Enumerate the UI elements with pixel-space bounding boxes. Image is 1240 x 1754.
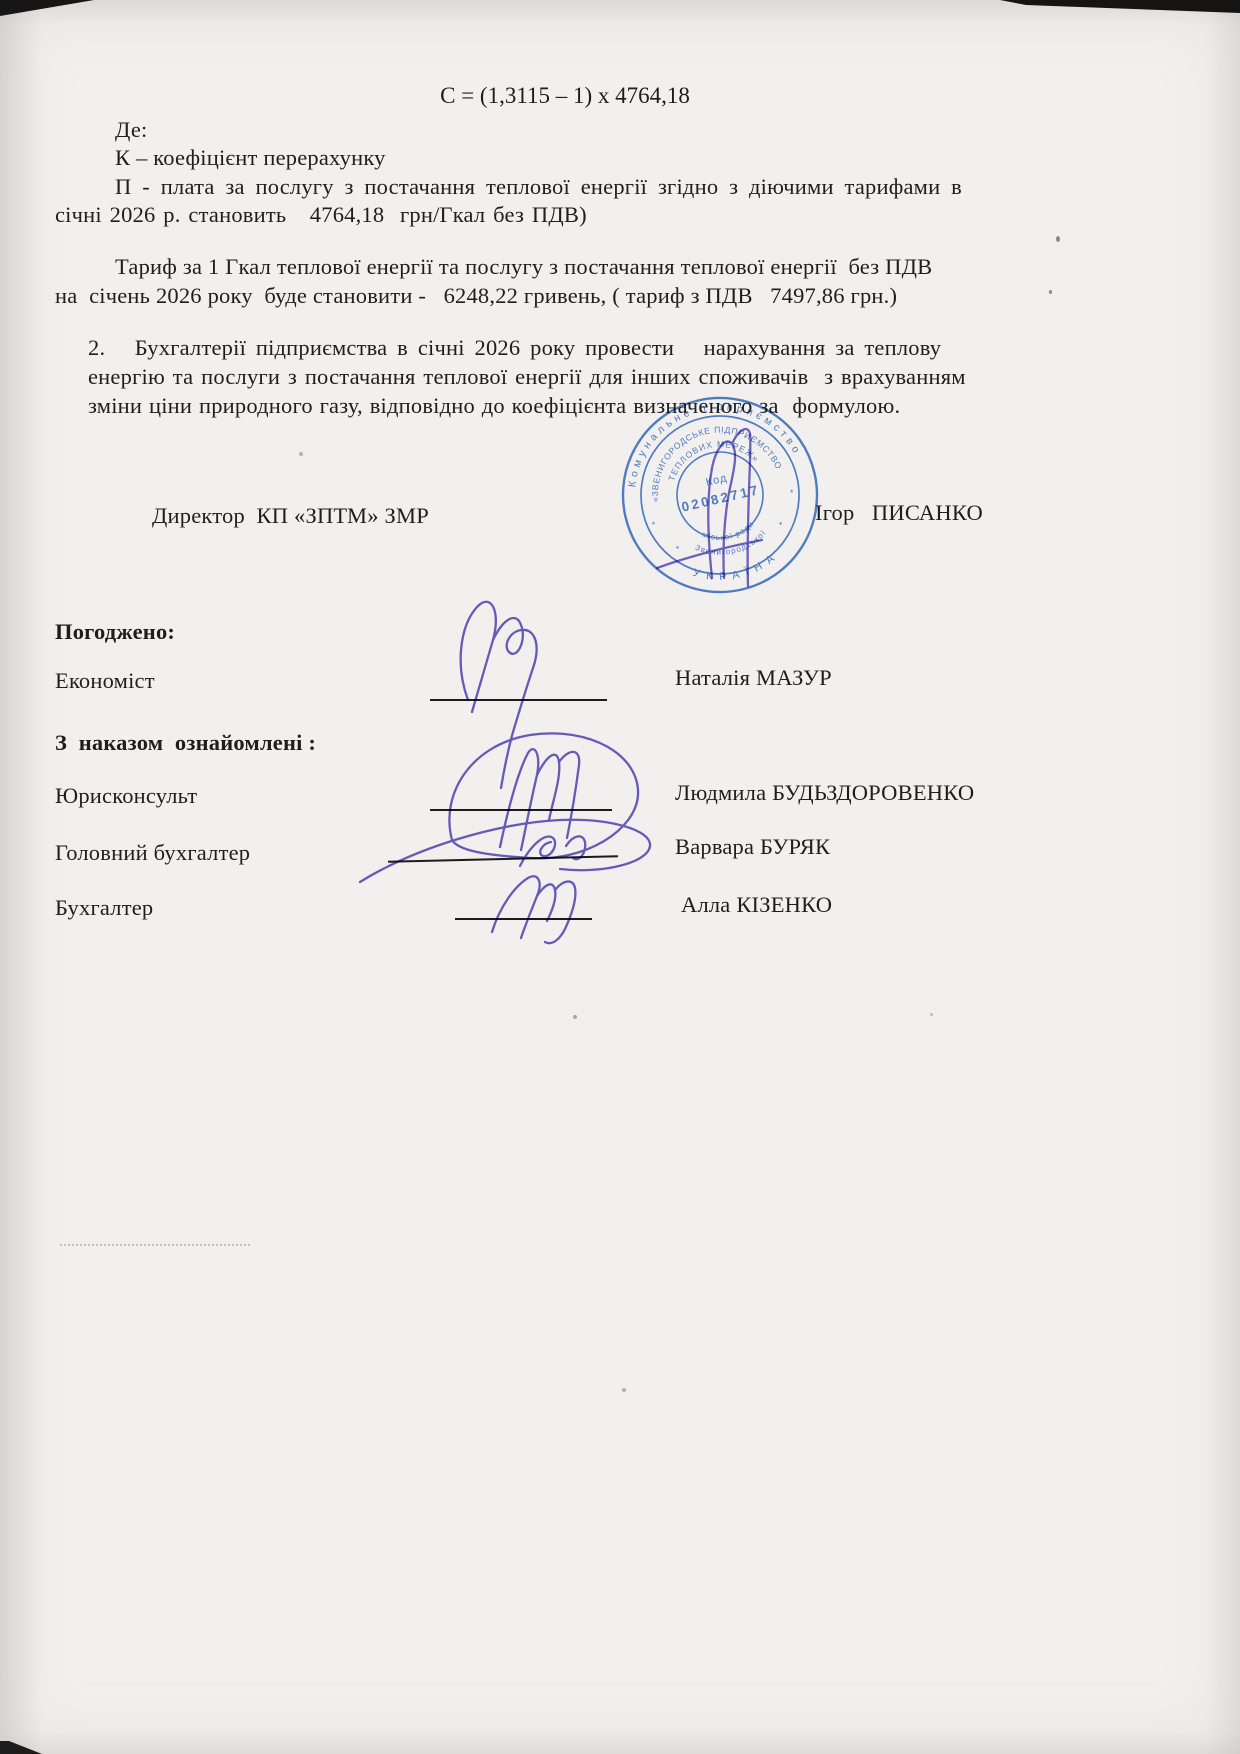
seal-code-label: Код xyxy=(705,472,729,489)
signature-line-economist xyxy=(430,699,607,701)
scan-speck xyxy=(930,1013,933,1016)
item2-line-1: 2. Бухгалтерії підприємства в січні 2026… xyxy=(88,334,941,362)
signature-line-accountant xyxy=(455,918,592,920)
scan-artifact-bottom-left xyxy=(0,1741,42,1754)
scan-speck xyxy=(573,1015,577,1019)
signature-accountant xyxy=(492,876,575,943)
scan-artifact-top-left xyxy=(0,0,100,18)
scan-artifact-dotted-line xyxy=(60,1244,250,1246)
signature-legal-counsel xyxy=(449,733,638,858)
signatory-role-chief-accountant: Головний бухгалтер xyxy=(55,839,250,867)
tariff-paragraph-line-1: Тариф за 1 Гкал теплової енергії та посл… xyxy=(115,253,932,281)
scan-speck xyxy=(1056,236,1060,242)
where-label: Де: xyxy=(115,116,147,144)
agreed-heading: Погоджено: xyxy=(55,618,175,646)
signatory-name-economist: Наталія МАЗУР xyxy=(675,664,832,692)
signature-line-chief-accountant xyxy=(388,855,618,863)
payment-definition-line-1: П - плата за послугу з постачання теплов… xyxy=(115,173,962,201)
seal-star-icon: * xyxy=(651,519,657,530)
coefficient-definition-line: К – коефіцієнт перерахунку xyxy=(115,144,386,172)
signatory-name-legal-counsel: Людмила БУДЬЗДОРОВЕНКО xyxy=(675,779,974,807)
signatory-name-accountant: Алла КІЗЕНКО xyxy=(681,891,832,919)
scanned-document-page: С = (1,3115 – 1) х 4764,18 Де: К – коефі… xyxy=(0,0,1240,1754)
signatory-role-legal-counsel: Юрисконсульт xyxy=(55,782,197,810)
director-name: Ігор ПИСАНКО xyxy=(815,499,983,527)
scan-speck xyxy=(622,1388,626,1392)
signatory-role-economist: Економіст xyxy=(55,667,155,695)
signature-chief-accountant xyxy=(360,820,650,882)
seal-code-number: 02082717 xyxy=(680,482,761,515)
scan-speck xyxy=(299,452,303,456)
seal-star-icon: * xyxy=(778,520,784,531)
tariff-paragraph-line-2: на січень 2026 року буде становити - 624… xyxy=(55,282,897,310)
tariff-formula: С = (1,3115 – 1) х 4764,18 xyxy=(0,83,1130,109)
scan-speck xyxy=(1049,290,1052,294)
signature-line-legal-counsel xyxy=(430,809,612,811)
director-title: Директор КП «ЗПТМ» ЗМР xyxy=(152,502,429,530)
seal-star-icon: * xyxy=(789,487,795,498)
signature-economist xyxy=(461,602,537,788)
payment-definition-line-2: січні 2026 р. становить 4764,18 грн/Гкал… xyxy=(55,201,587,229)
seal-star-icon: * xyxy=(675,543,681,554)
signatory-name-chief-accountant: Варвара БУРЯК xyxy=(675,833,830,861)
signatory-role-accountant: Бухгалтер xyxy=(55,894,153,922)
scan-artifact-top-right xyxy=(1000,0,1240,13)
acquainted-heading: З наказом ознайомлені : xyxy=(55,729,316,757)
company-seal-stamp: Комунальне підприємство УКРАЇНА «ЗВЕНИГО… xyxy=(603,378,837,612)
